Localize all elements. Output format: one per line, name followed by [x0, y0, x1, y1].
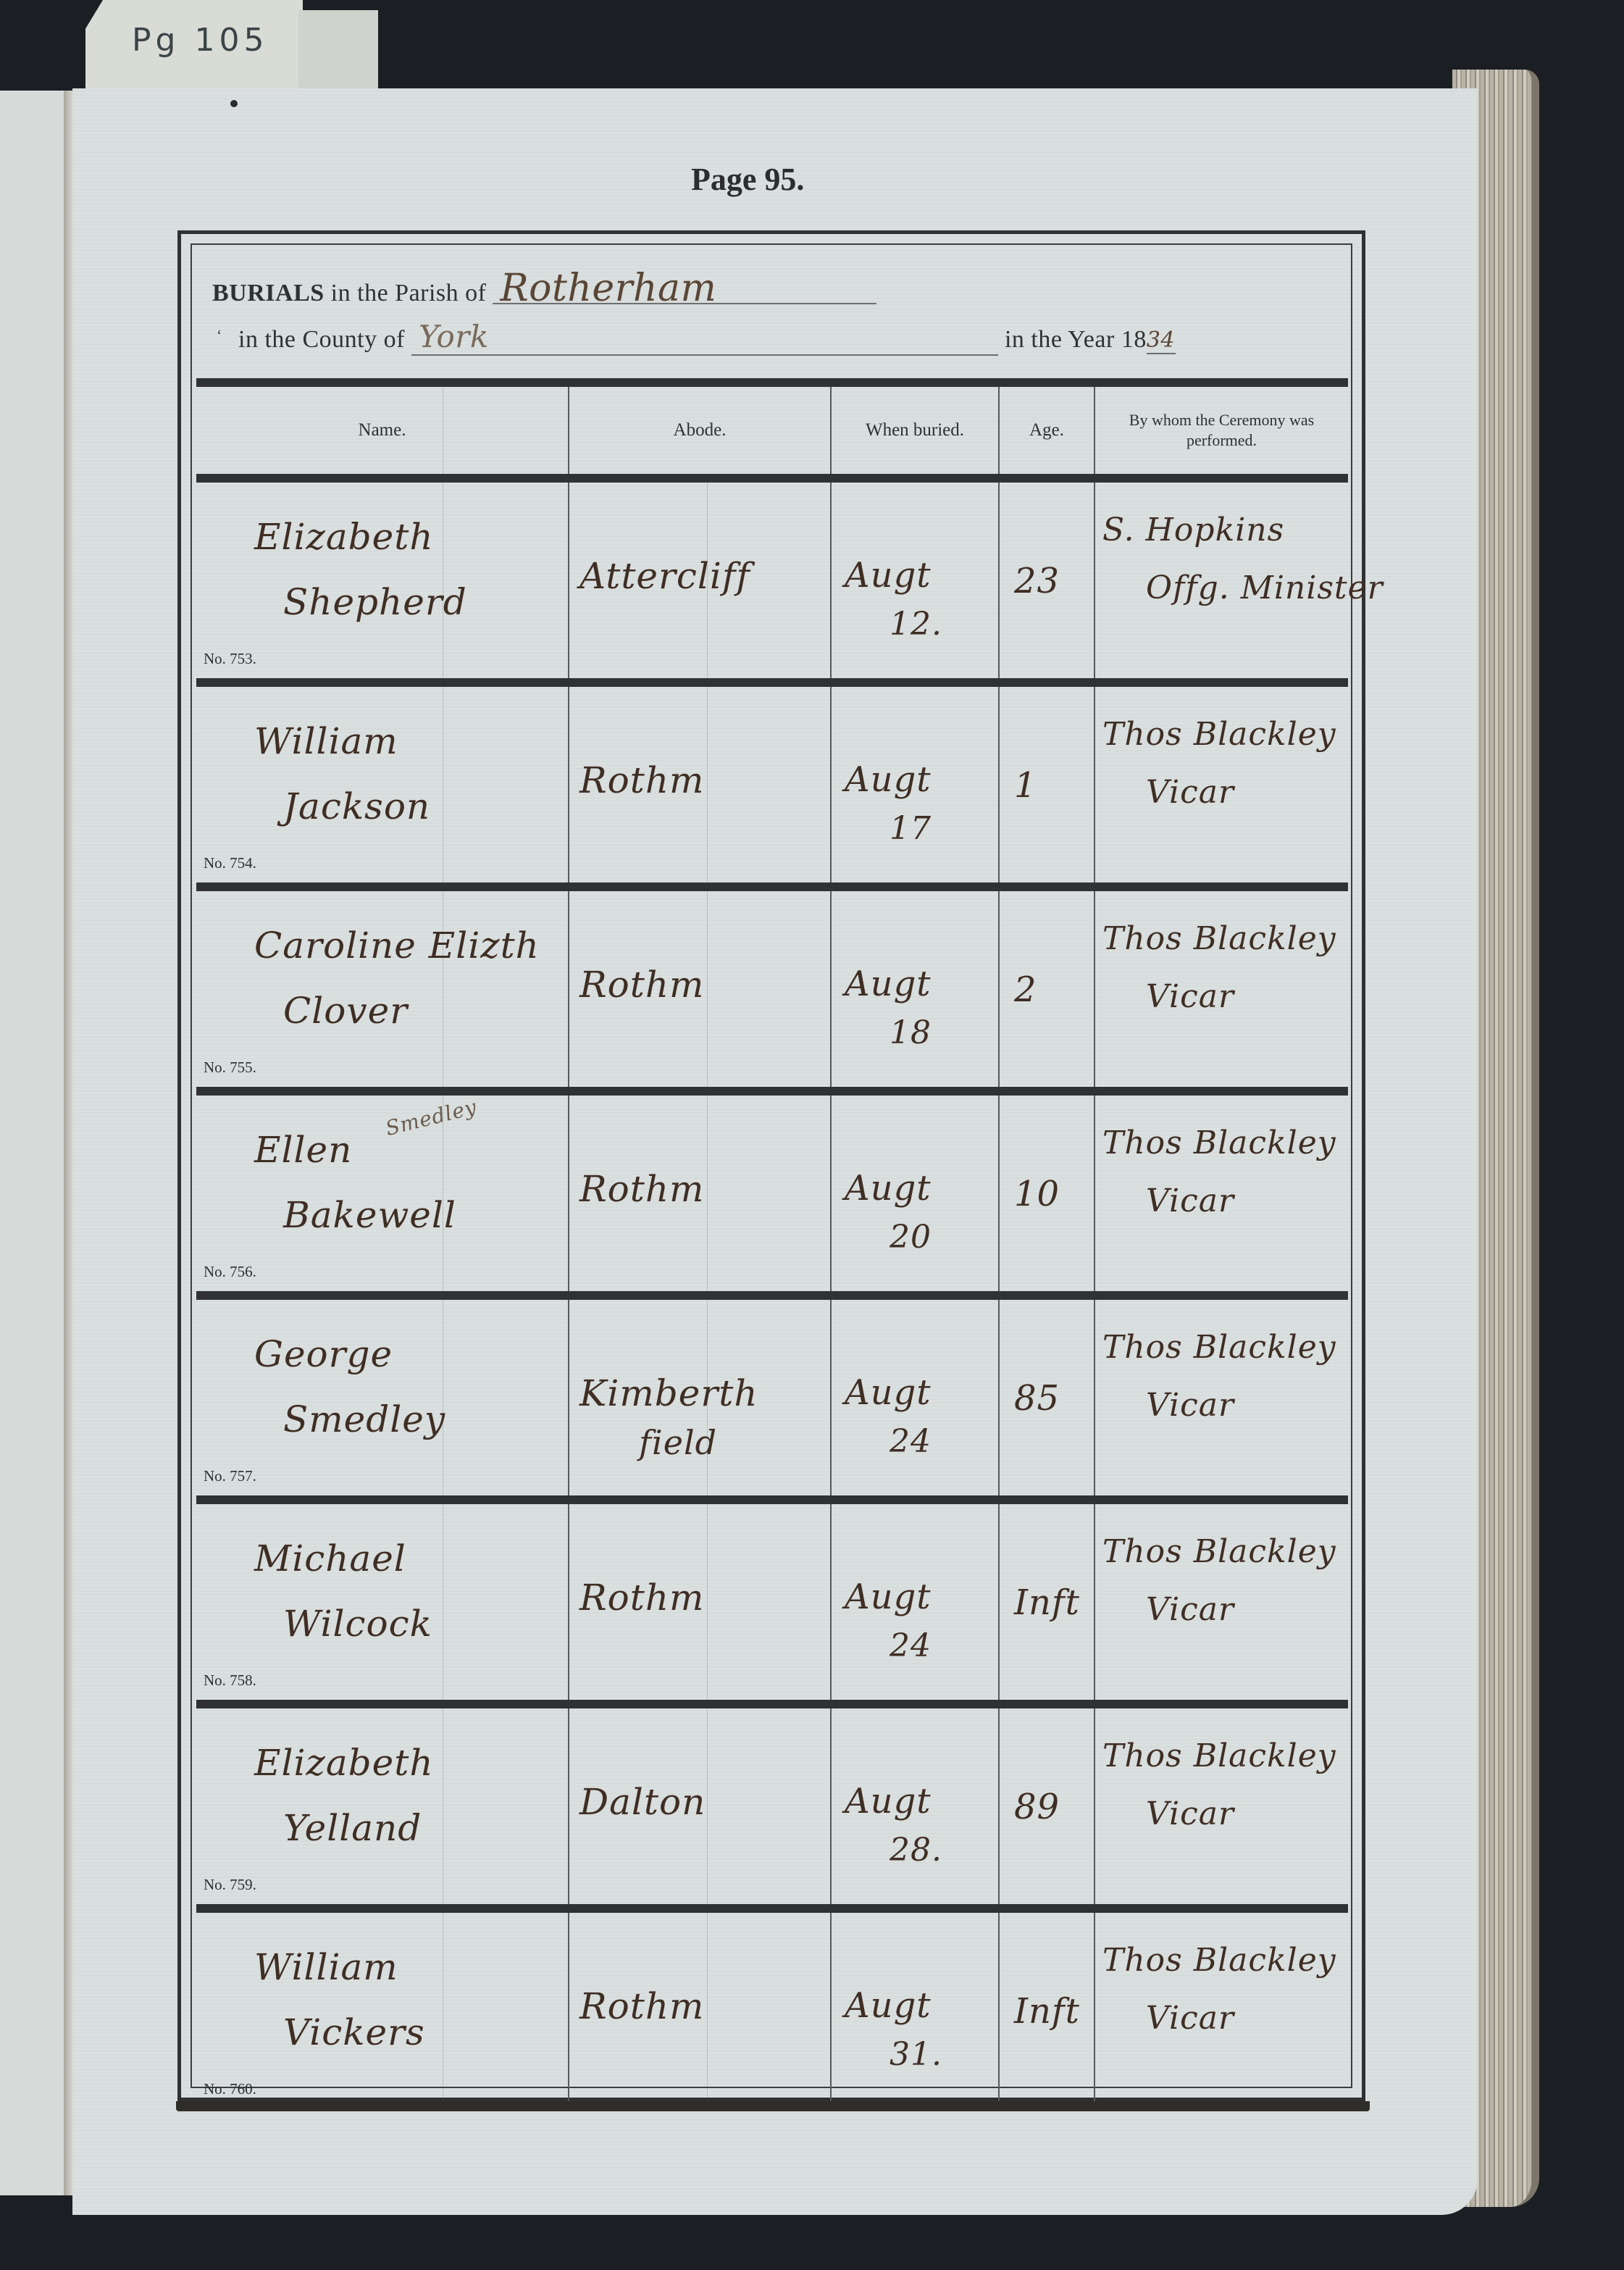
row-divider	[196, 678, 1348, 687]
table-top-rule	[196, 378, 1348, 387]
given-name: Ellen	[254, 1129, 352, 1171]
burials-table: Name. Abode. When buried. Age. By whom t…	[196, 378, 1348, 2111]
surname: Clover	[283, 990, 408, 1032]
officiant-title: Vicar	[1146, 1387, 1234, 1424]
burial-month: Augt	[845, 555, 932, 596]
given-name: Elizabeth	[254, 516, 434, 558]
cell-age: 2	[1000, 891, 1095, 1087]
surname: Yelland	[283, 1807, 422, 1849]
year-label: in the Year 18	[1005, 326, 1147, 353]
cell-name: William Vickers No. 760.	[196, 1913, 569, 2108]
cell-abode: Rothm	[569, 1913, 832, 2108]
given-name: Michael	[254, 1537, 406, 1580]
cell-age: 85	[1000, 1300, 1095, 1495]
archive-tab-text: Pg 105	[132, 22, 268, 59]
abode-line-2: field	[639, 1423, 717, 1462]
cell-abode: Rothm	[569, 687, 832, 882]
officiant-name: Thos Blackley	[1102, 1124, 1336, 1161]
entry-number: No. 756.	[204, 1263, 256, 1281]
abode-line-1: Rothm	[579, 1985, 704, 2027]
header-age: Age.	[1000, 387, 1095, 474]
entry-number: No. 759.	[204, 1876, 256, 1894]
abode-line-1: Rothm	[579, 964, 704, 1006]
table-row: Elizabeth Shepherd No. 753. Attercliff A…	[196, 483, 1348, 678]
cell-name: George Smedley No. 757.	[196, 1300, 569, 1495]
cell-age: 10	[1000, 1096, 1095, 1291]
cell-when-buried: Augt 24	[832, 1300, 1000, 1495]
burial-day: 24	[890, 1627, 932, 1664]
entry-number: No. 757.	[204, 1467, 256, 1485]
cell-abode: Attercliff	[569, 483, 832, 678]
cell-name: Caroline Elizth Clover No. 755.	[196, 891, 569, 1087]
county-value: York	[411, 319, 998, 356]
row-divider	[196, 1087, 1348, 1096]
cell-abode: Kimberth field	[569, 1300, 832, 1495]
officiant-title: Offg. Minister	[1146, 569, 1384, 606]
officiant-name: S. Hopkins	[1102, 512, 1284, 548]
officiant-title: Vicar	[1146, 978, 1234, 1015]
officiant-title: Vicar	[1146, 2000, 1234, 2037]
cell-when-buried: Augt 24	[832, 1504, 1000, 1700]
burial-day: 12.	[890, 606, 942, 643]
cell-when-buried: Augt 20	[832, 1096, 1000, 1291]
table-header-row: Name. Abode. When buried. Age. By whom t…	[196, 387, 1348, 474]
abode-line-1: Dalton	[579, 1781, 706, 1823]
cell-abode: Rothm	[569, 1504, 832, 1700]
cell-abode: Rothm	[569, 1096, 832, 1291]
table-row: William Vickers No. 760. Rothm Augt 31. …	[196, 1913, 1348, 2108]
cell-when-buried: Augt 28.	[832, 1708, 1000, 1904]
row-divider	[196, 1495, 1348, 1504]
cell-when-buried: Augt 17	[832, 687, 1000, 882]
cell-age: Inft	[1000, 1504, 1095, 1700]
table-row: William Jackson No. 754. Rothm Augt 17 1…	[196, 687, 1348, 882]
burial-month: Augt	[845, 1985, 932, 2026]
county-label: in the County of	[238, 326, 405, 353]
paper-scrap	[298, 10, 378, 90]
burial-month: Augt	[845, 1577, 932, 1617]
abode-line-1: Rothm	[579, 1577, 704, 1619]
entry-number: No. 760.	[204, 2080, 256, 2098]
header-abode: Abode.	[569, 387, 832, 474]
abode-line-1: Kimberth	[579, 1372, 758, 1414]
cell-abode: Rothm	[569, 891, 832, 1087]
age-value: Inft	[1014, 1582, 1080, 1623]
burial-day: 24	[890, 1423, 932, 1460]
burial-month: Augt	[845, 964, 932, 1004]
officiant-name: Thos Blackley	[1102, 1533, 1336, 1570]
ink-spot	[230, 100, 238, 107]
header-by-whom-text: By whom the Ceremony was performed.	[1095, 387, 1348, 474]
officiant-name: Thos Blackley	[1102, 1942, 1336, 1979]
header-by-whom: By whom the Ceremony was performed.	[1095, 387, 1348, 474]
age-value: 2	[1014, 969, 1037, 1010]
cell-officiant: Thos Blackley Vicar	[1095, 1300, 1348, 1495]
surname: Bakewell	[283, 1194, 456, 1236]
table-row: Smedley Ellen Bakewell No. 756. Rothm Au…	[196, 1096, 1348, 1291]
archive-tab-label: Pg 105	[85, 0, 303, 96]
cell-officiant: Thos Blackley Vicar	[1095, 1913, 1348, 2108]
header-age-text: Age.	[1000, 387, 1094, 474]
header-name: Name.	[196, 387, 569, 474]
age-value: 85	[1014, 1378, 1060, 1419]
officiant-title: Vicar	[1146, 1182, 1234, 1219]
table-row: George Smedley No. 757. Kimberth field A…	[196, 1300, 1348, 1495]
year-value: 34	[1147, 327, 1176, 354]
burial-month: Augt	[845, 759, 932, 800]
officiant-name: Thos Blackley	[1102, 920, 1336, 957]
cell-when-buried: Augt 18	[832, 891, 1000, 1087]
age-value: 23	[1014, 561, 1060, 601]
row-divider	[196, 1700, 1348, 1708]
cell-when-buried: Augt 31.	[832, 1913, 1000, 2108]
register-frame: BURIALS in the Parish of Rotherham ‘ in …	[177, 230, 1365, 2101]
entry-number: No. 758.	[204, 1672, 256, 1690]
name-annotation: Smedley	[383, 1095, 480, 1140]
burial-day: 31.	[890, 2036, 942, 2073]
abode-line-1: Attercliff	[579, 555, 750, 597]
header-name-text: Name.	[196, 387, 568, 474]
cell-officiant: Thos Blackley Vicar	[1095, 1708, 1348, 1904]
parish-label: in the Parish of	[331, 280, 487, 306]
entry-number: No. 755.	[204, 1059, 256, 1077]
cell-officiant: S. Hopkins Offg. Minister	[1095, 483, 1348, 678]
cell-name: Smedley Ellen Bakewell No. 756.	[196, 1096, 569, 1291]
table-row: Elizabeth Yelland No. 759. Dalton Augt 2…	[196, 1708, 1348, 1904]
burial-day: 28.	[890, 1832, 942, 1869]
row-divider	[196, 882, 1348, 891]
parish-value: Rotherham	[493, 274, 876, 304]
row-divider	[196, 1904, 1348, 1913]
burial-day: 20	[890, 1219, 932, 1256]
officiant-title: Vicar	[1146, 1795, 1234, 1832]
table-bottom-rule	[196, 2108, 1348, 2111]
cell-age: Inft	[1000, 1913, 1095, 2108]
surname: Jackson	[283, 785, 430, 827]
header-abode-text: Abode.	[569, 387, 830, 474]
cell-officiant: Thos Blackley Vicar	[1095, 687, 1348, 882]
surname: Shepherd	[283, 581, 467, 623]
surname: Vickers	[283, 2011, 425, 2053]
cell-name: Elizabeth Shepherd No. 753.	[196, 483, 569, 678]
entry-number: No. 753.	[204, 650, 256, 668]
burial-day: 17	[890, 810, 932, 847]
cell-abode: Dalton	[569, 1708, 832, 1904]
given-name: George	[254, 1333, 393, 1375]
header-when-text: When buried.	[832, 387, 998, 474]
cell-age: 1	[1000, 687, 1095, 882]
burials-heading: BURIALS	[212, 280, 325, 306]
abode-line-1: Rothm	[579, 759, 704, 801]
officiant-title: Vicar	[1146, 774, 1234, 811]
officiant-name: Thos Blackley	[1102, 1329, 1336, 1366]
officiant-name: Thos Blackley	[1102, 716, 1336, 753]
cell-name: Michael Wilcock No. 758.	[196, 1504, 569, 1700]
parish-line: BURIALS in the Parish of Rotherham	[212, 274, 876, 307]
page-number-text: Page 95.	[691, 161, 804, 198]
given-name: Caroline Elizth	[254, 925, 540, 967]
cell-officiant: Thos Blackley Vicar	[1095, 891, 1348, 1087]
row-divider	[196, 1291, 1348, 1300]
abode-line-1: Rothm	[579, 1168, 704, 1210]
cell-age: 23	[1000, 483, 1095, 678]
table-row: Michael Wilcock No. 758. Rothm Augt 24 I…	[196, 1504, 1348, 1700]
burial-day: 18	[890, 1014, 932, 1051]
cell-age: 89	[1000, 1708, 1095, 1904]
age-value: 89	[1014, 1787, 1060, 1827]
entry-number: No. 754.	[204, 854, 256, 872]
header-when-buried: When buried.	[832, 387, 1000, 474]
table-row: Caroline Elizth Clover No. 755. Rothm Au…	[196, 891, 1348, 1087]
burial-month: Augt	[845, 1781, 932, 1822]
officiant-name: Thos Blackley	[1102, 1737, 1336, 1774]
left-page-edge	[0, 91, 70, 2195]
burial-month: Augt	[845, 1168, 932, 1209]
row-divider	[196, 474, 1348, 483]
surname: Smedley	[283, 1398, 445, 1440]
age-value: Inft	[1014, 1991, 1080, 2032]
surname: Wilcock	[283, 1603, 432, 1645]
county-line: in the County of York in the Year 1834	[238, 319, 1176, 356]
cell-name: William Jackson No. 754.	[196, 687, 569, 882]
given-name: William	[254, 1946, 398, 1988]
age-value: 10	[1014, 1174, 1060, 1214]
cell-officiant: Thos Blackley Vicar	[1095, 1096, 1348, 1291]
table-body: Elizabeth Shepherd No. 753. Attercliff A…	[196, 474, 1348, 2111]
given-name: Elizabeth	[254, 1742, 434, 1784]
burial-month: Augt	[845, 1372, 932, 1413]
cell-when-buried: Augt 12.	[832, 483, 1000, 678]
given-name: William	[254, 720, 398, 762]
cell-officiant: Thos Blackley Vicar	[1095, 1504, 1348, 1700]
age-value: 1	[1014, 765, 1037, 806]
margin-mark: ‘	[217, 326, 222, 345]
officiant-title: Vicar	[1146, 1591, 1234, 1628]
cell-name: Elizabeth Yelland No. 759.	[196, 1708, 569, 1904]
